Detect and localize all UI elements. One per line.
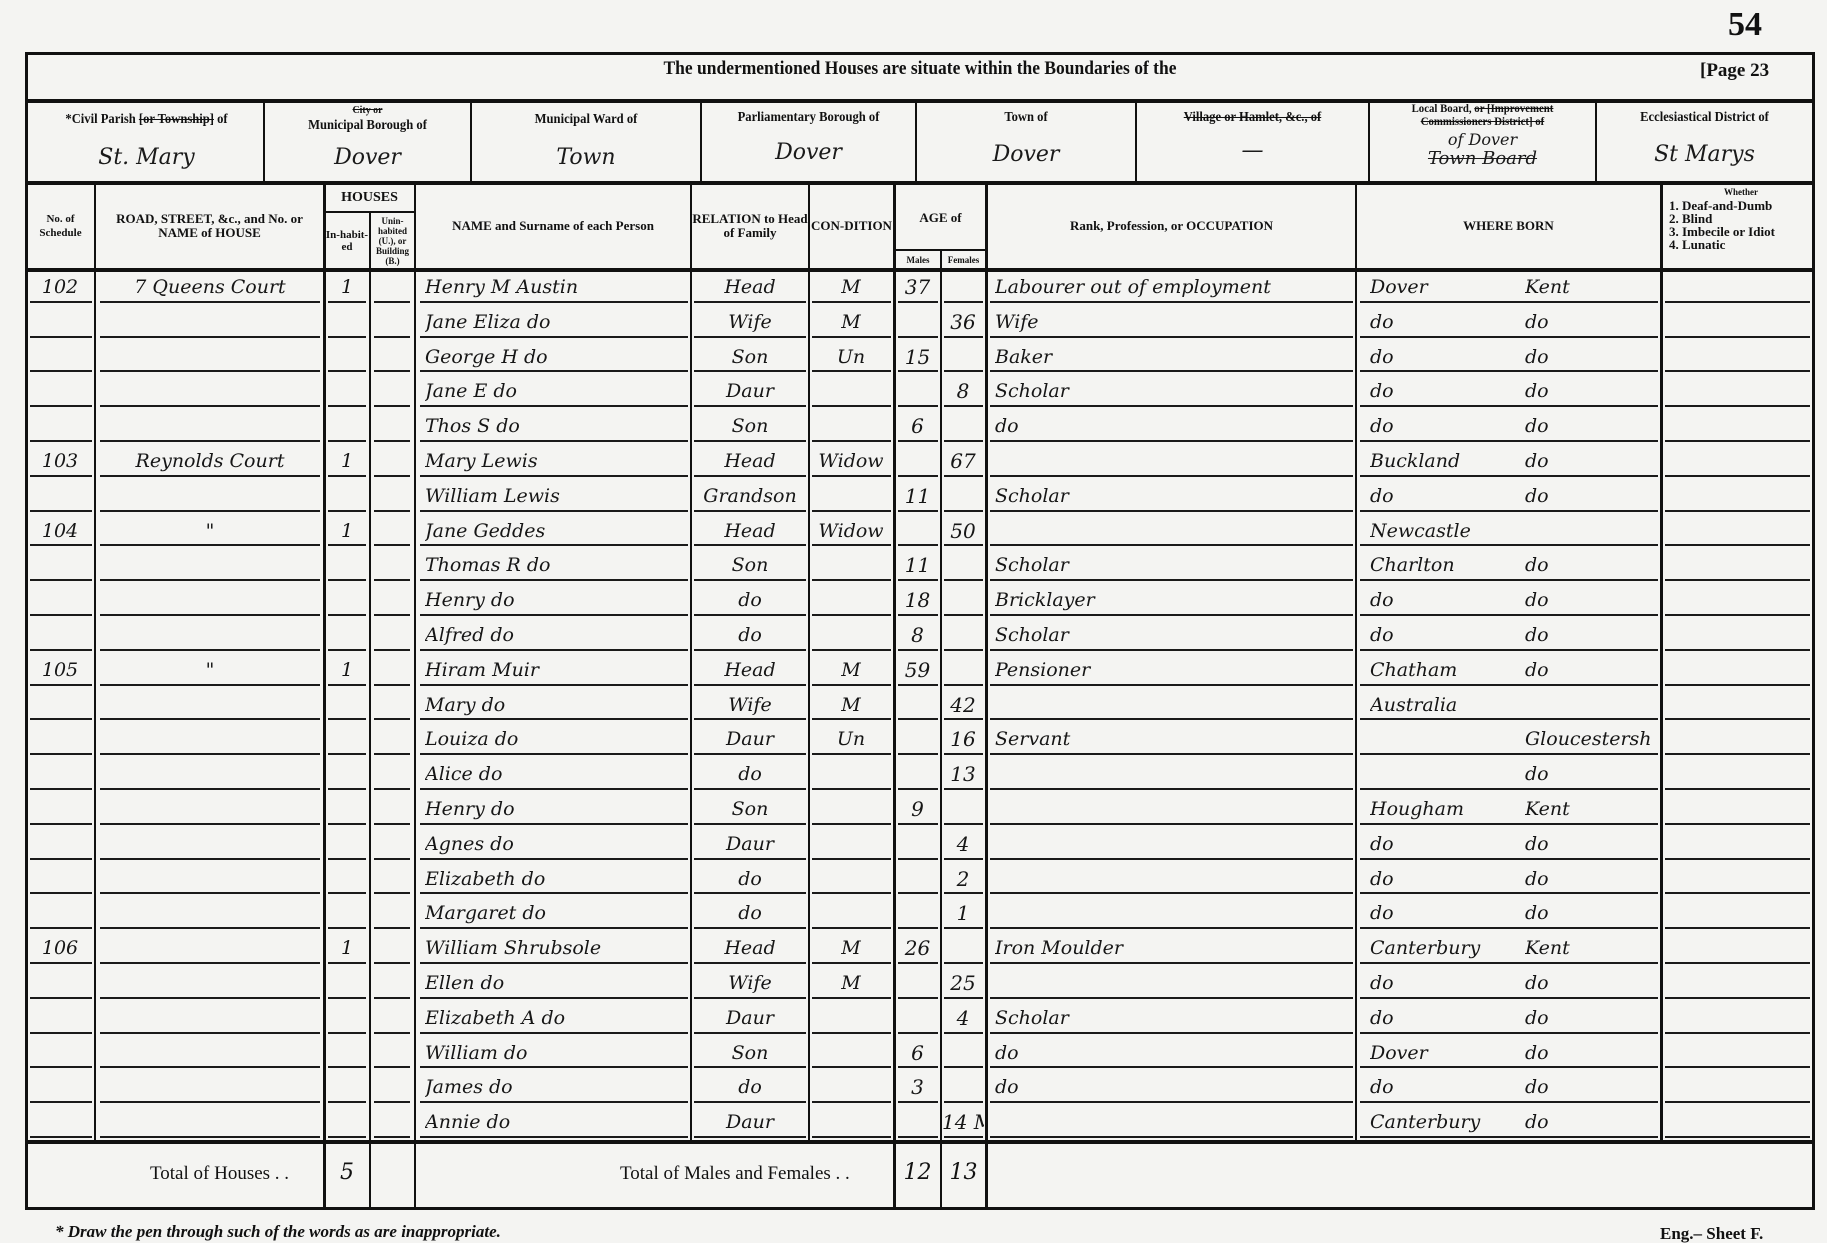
row-rule <box>944 718 983 720</box>
born-town: do <box>1370 896 1520 931</box>
col-divider-where-born <box>1660 183 1663 1140</box>
row-rule <box>1360 788 1658 790</box>
town-value: Dover <box>917 142 1135 167</box>
female-age <box>942 340 984 375</box>
road-address <box>100 618 320 653</box>
row-rule <box>328 336 366 338</box>
row-rule <box>30 1101 92 1103</box>
born-county: Kent <box>1525 270 1658 305</box>
row-rule <box>990 962 1353 964</box>
occupation: Labourer out of employment <box>995 270 1353 305</box>
row-rule <box>812 649 891 651</box>
row-rule <box>1665 336 1810 338</box>
row-rule <box>990 405 1353 407</box>
row-rule <box>1665 1101 1810 1103</box>
row-rule <box>420 962 688 964</box>
uninhabited-count <box>372 548 412 583</box>
female-age: 2 <box>942 862 984 897</box>
row-rule <box>328 718 366 720</box>
person-name: Ellen do <box>425 966 687 1001</box>
row-rule <box>812 1032 891 1034</box>
schedule-number <box>28 305 92 340</box>
row-rule <box>812 1066 891 1068</box>
row-rule <box>328 1136 366 1138</box>
row-rule <box>944 301 983 303</box>
person-name: Henry do <box>425 583 687 618</box>
row-rule <box>328 788 366 790</box>
male-age <box>896 688 939 723</box>
row-rule <box>812 684 891 686</box>
person-name: Jane Eliza do <box>425 305 687 340</box>
row-rule <box>1665 823 1810 825</box>
male-age <box>896 757 939 792</box>
road-address <box>100 931 320 966</box>
row-rule <box>328 892 366 894</box>
born-town <box>1370 722 1520 757</box>
condition: M <box>811 270 891 305</box>
schedule-number <box>28 757 92 792</box>
row-rule <box>328 370 366 372</box>
road-address: " <box>100 653 320 688</box>
male-age: 18 <box>896 583 939 618</box>
row-rule <box>30 684 92 686</box>
row-rule <box>812 892 891 894</box>
road-address <box>100 305 320 340</box>
born-town: do <box>1370 618 1520 653</box>
relation: Wife <box>694 688 806 723</box>
row-rule <box>420 649 688 651</box>
row-rule <box>420 1066 688 1068</box>
row-rule <box>374 579 410 581</box>
row-rule <box>898 1136 938 1138</box>
row-rule <box>420 336 688 338</box>
row-rule <box>100 1032 320 1034</box>
row-rule <box>30 579 92 581</box>
occupation: Bricklayer <box>995 583 1353 618</box>
born-town: do <box>1370 583 1520 618</box>
row-rule <box>694 579 806 581</box>
total-females-value: 13 <box>942 1160 985 1185</box>
inhabited-count: 1 <box>326 931 368 966</box>
road-address <box>100 374 320 409</box>
header-schedule: No. of Schedule <box>27 186 94 266</box>
row-rule <box>420 301 688 303</box>
row-rule <box>328 1101 366 1103</box>
female-age <box>942 1036 984 1071</box>
female-age: 36 <box>942 305 984 340</box>
born-county: do <box>1525 966 1658 1001</box>
row-rule <box>1360 823 1658 825</box>
uninhabited-count <box>372 1070 412 1105</box>
uninhabited-count <box>372 1001 412 1036</box>
row-rule <box>1360 475 1658 477</box>
male-age <box>896 966 939 1001</box>
relation: Wife <box>694 305 806 340</box>
header-houses: HOUSES <box>325 186 414 210</box>
male-age: 59 <box>896 653 939 688</box>
male-age: 3 <box>896 1070 939 1105</box>
row-rule <box>420 823 688 825</box>
male-age <box>896 1001 939 1036</box>
row-rule <box>812 544 891 546</box>
row-rule <box>944 1032 983 1034</box>
female-age <box>942 583 984 618</box>
condition <box>811 827 891 862</box>
row-rule <box>812 475 891 477</box>
male-age <box>896 896 939 931</box>
row-rule <box>944 336 983 338</box>
occupation <box>995 792 1353 827</box>
inhabited-count <box>326 896 368 931</box>
row-rule <box>420 753 688 755</box>
male-age <box>896 374 939 409</box>
row-rule <box>1665 997 1810 999</box>
row-rule <box>30 823 92 825</box>
relation: Son <box>694 548 806 583</box>
born-town: do <box>1370 479 1520 514</box>
uninhabited-count <box>372 896 412 931</box>
row-rule <box>944 475 983 477</box>
header-inhabited: In-habit-ed <box>325 214 369 268</box>
schedule-number <box>28 966 92 1001</box>
row-rule <box>694 544 806 546</box>
schedule-number <box>28 1036 92 1071</box>
female-age <box>942 618 984 653</box>
condition <box>811 1036 891 1071</box>
row-rule <box>694 510 806 512</box>
born-town: do <box>1370 966 1520 1001</box>
condition <box>811 583 891 618</box>
row-rule <box>944 544 983 546</box>
person-name: Margaret do <box>425 896 687 931</box>
row-rule <box>990 510 1353 512</box>
row-rule <box>898 614 938 616</box>
born-county: do <box>1525 827 1658 862</box>
row-rule <box>328 544 366 546</box>
relation: Head <box>694 444 806 479</box>
row-rule <box>1360 579 1658 581</box>
row-rule <box>374 1066 410 1068</box>
road-address: " <box>100 514 320 549</box>
person-name: Jane Geddes <box>425 514 687 549</box>
row-rule <box>1360 997 1658 999</box>
inhabited-count <box>326 1105 368 1140</box>
row-rule <box>990 544 1353 546</box>
row-rule <box>1360 718 1658 720</box>
parliamentary-borough-value: Dover <box>702 140 915 165</box>
row-rule <box>374 962 410 964</box>
uninhabited-count <box>372 374 412 409</box>
relation: Head <box>694 514 806 549</box>
road-address <box>100 757 320 792</box>
relation: do <box>694 757 806 792</box>
female-age: 8 <box>942 374 984 409</box>
female-age: 14 M <box>942 1105 984 1140</box>
male-age <box>896 444 939 479</box>
row-rule <box>944 753 983 755</box>
row-rule <box>694 649 806 651</box>
village-hamlet-value: — <box>1137 138 1368 163</box>
row-rule <box>420 858 688 860</box>
schedule-number <box>28 827 92 862</box>
row-rule <box>420 1032 688 1034</box>
condition <box>811 862 891 897</box>
row-rule <box>990 336 1353 338</box>
row-rule <box>328 614 366 616</box>
row-rule <box>1665 614 1810 616</box>
row-rule <box>694 336 806 338</box>
col-divider-occupation <box>1355 183 1357 1140</box>
row-rule <box>944 1101 983 1103</box>
inhabited-count <box>326 1036 368 1071</box>
row-rule <box>328 858 366 860</box>
road-address <box>100 966 320 1001</box>
row-rule <box>898 788 938 790</box>
relation: Son <box>694 340 806 375</box>
footnote: * Draw the pen through such of the words… <box>55 1222 501 1242</box>
row-rule <box>30 858 92 860</box>
row-rule <box>420 718 688 720</box>
col-divider-females <box>985 183 988 1210</box>
row-rule <box>30 405 92 407</box>
row-rule <box>990 1066 1353 1068</box>
row-rule <box>694 927 806 929</box>
header-males: Males <box>896 252 940 268</box>
row-rule <box>100 1101 320 1103</box>
row-rule <box>898 1032 938 1034</box>
total-persons-label: Total of Males and Females . . <box>620 1163 850 1185</box>
row-rule <box>694 301 806 303</box>
row-rule <box>944 927 983 929</box>
infirmity-option-4: 4. Lunatic <box>1669 238 1725 251</box>
row-rule <box>990 301 1353 303</box>
road-address <box>100 583 320 618</box>
row-rule <box>328 405 366 407</box>
condition <box>811 896 891 931</box>
row-rule <box>374 649 410 651</box>
schedule-number: 106 <box>28 931 92 966</box>
row-rule <box>100 684 320 686</box>
person-name: Alfred do <box>425 618 687 653</box>
road-address <box>100 896 320 931</box>
born-county: do <box>1525 340 1658 375</box>
schedule-number <box>28 862 92 897</box>
female-age: 25 <box>942 966 984 1001</box>
schedule-number <box>28 374 92 409</box>
row-rule <box>420 927 688 929</box>
person-name: Henry do <box>425 792 687 827</box>
header-infirmity: Whether 1. Deaf-and-Dumb 2. Blind 3. Imb… <box>1663 186 1813 266</box>
row-rule <box>990 753 1353 755</box>
relation: Daur <box>694 1105 806 1140</box>
uninhabited-count <box>372 792 412 827</box>
row-rule <box>30 649 92 651</box>
born-town: Newcastle <box>1370 514 1520 549</box>
row-rule <box>944 684 983 686</box>
born-county: Kent <box>1525 792 1658 827</box>
born-town: Canterbury <box>1370 1105 1520 1140</box>
row-rule <box>374 823 410 825</box>
occupation <box>995 896 1353 931</box>
row-rule <box>328 510 366 512</box>
row-rule <box>1360 405 1658 407</box>
row-rule <box>100 718 320 720</box>
female-age: 4 <box>942 827 984 862</box>
row-rule <box>1360 510 1658 512</box>
row-rule <box>374 405 410 407</box>
row-rule <box>812 301 891 303</box>
occupation: Wife <box>995 305 1353 340</box>
uninhabited-count <box>372 827 412 862</box>
row-rule <box>420 1136 688 1138</box>
born-county: do <box>1525 618 1658 653</box>
local-board-value-top: of Dover <box>1370 132 1595 148</box>
row-rule <box>694 718 806 720</box>
row-rule <box>898 544 938 546</box>
schedule-number <box>28 548 92 583</box>
row-rule <box>1360 370 1658 372</box>
condition <box>811 374 891 409</box>
relation: Daur <box>694 374 806 409</box>
born-town: do <box>1370 862 1520 897</box>
person-name: Elizabeth A do <box>425 1001 687 1036</box>
relation: do <box>694 1070 806 1105</box>
born-town: Charlton <box>1370 548 1520 583</box>
schedule-number <box>28 340 92 375</box>
schedule-number <box>28 688 92 723</box>
male-age: 8 <box>896 618 939 653</box>
uninhabited-count <box>372 583 412 618</box>
row-rule <box>944 510 983 512</box>
occupation: Baker <box>995 340 1353 375</box>
row-rule <box>812 1136 891 1138</box>
houses-subheader-rule <box>325 211 414 213</box>
schedule-number <box>28 409 92 444</box>
row-rule <box>944 858 983 860</box>
born-town: do <box>1370 1070 1520 1105</box>
row-rule <box>990 997 1353 999</box>
occupation: Servant <box>995 722 1353 757</box>
row-rule <box>1665 301 1810 303</box>
row-rule <box>1360 1032 1658 1034</box>
row-rule <box>374 858 410 860</box>
person-name: Mary do <box>425 688 687 723</box>
row-rule <box>30 336 92 338</box>
female-age: 16 <box>942 722 984 757</box>
row-rule <box>812 510 891 512</box>
uninhabited-count <box>372 305 412 340</box>
row-rule <box>100 823 320 825</box>
born-town: Dover <box>1370 270 1520 305</box>
row-rule <box>1360 927 1658 929</box>
row-rule <box>990 440 1353 442</box>
row-rule <box>328 684 366 686</box>
row-rule <box>944 823 983 825</box>
born-town <box>1370 757 1520 792</box>
uninhabited-count <box>372 270 412 305</box>
inhabited-count <box>326 583 368 618</box>
person-name: George H do <box>425 340 687 375</box>
inhabited-count: 1 <box>326 514 368 549</box>
row-rule <box>990 579 1353 581</box>
row-rule <box>374 684 410 686</box>
row-rule <box>100 927 320 929</box>
inhabited-count <box>326 1001 368 1036</box>
relation: Son <box>694 1036 806 1071</box>
female-age <box>942 1070 984 1105</box>
row-rule <box>898 649 938 651</box>
schedule-number: 103 <box>28 444 92 479</box>
born-county: do <box>1525 374 1658 409</box>
civil-parish-value: St. Mary <box>30 145 263 170</box>
condition: M <box>811 966 891 1001</box>
row-rule <box>1360 614 1658 616</box>
relation: do <box>694 618 806 653</box>
row-rule <box>30 788 92 790</box>
village-hamlet-label: Village or Hamlet, &c., of <box>1149 110 1357 125</box>
row-rule <box>374 788 410 790</box>
row-rule <box>694 997 806 999</box>
row-rule <box>694 823 806 825</box>
row-rule <box>30 440 92 442</box>
row-rule <box>944 649 983 651</box>
inhabited-count <box>326 618 368 653</box>
occupation <box>995 862 1353 897</box>
road-address: Reynolds Court <box>100 444 320 479</box>
row-rule <box>898 336 938 338</box>
row-rule <box>694 1136 806 1138</box>
born-county: do <box>1525 1036 1658 1071</box>
relation: Son <box>694 409 806 444</box>
row-rule <box>1665 405 1810 407</box>
row-rule <box>990 614 1353 616</box>
road-address <box>100 862 320 897</box>
row-rule <box>1665 684 1810 686</box>
condition: M <box>811 653 891 688</box>
uninhabited-count <box>372 966 412 1001</box>
row-rule <box>420 892 688 894</box>
form-title: The undermentioned Houses are situate wi… <box>99 58 1740 80</box>
born-town: Dover <box>1370 1036 1520 1071</box>
row-rule <box>1665 927 1810 929</box>
row-rule <box>812 927 891 929</box>
row-rule <box>1360 858 1658 860</box>
relation: do <box>694 862 806 897</box>
relation: Grandson <box>694 479 806 514</box>
schedule-number: 102 <box>28 270 92 305</box>
inhabited-count <box>326 479 368 514</box>
row-rule <box>100 614 320 616</box>
schedule-number <box>28 479 92 514</box>
person-name: William Shrubsole <box>425 931 687 966</box>
occupation <box>995 966 1353 1001</box>
occupation: Scholar <box>995 618 1353 653</box>
row-rule <box>374 892 410 894</box>
row-rule <box>898 823 938 825</box>
row-rule <box>328 579 366 581</box>
born-county: do <box>1525 548 1658 583</box>
row-rule <box>374 718 410 720</box>
row-rule <box>374 1101 410 1103</box>
row-rule <box>100 475 320 477</box>
col-divider-uninhabited <box>414 183 416 1210</box>
row-rule <box>1665 1032 1810 1034</box>
row-rule <box>1665 788 1810 790</box>
row-rule <box>100 440 320 442</box>
row-rule <box>420 684 688 686</box>
male-age <box>896 305 939 340</box>
row-rule <box>30 718 92 720</box>
